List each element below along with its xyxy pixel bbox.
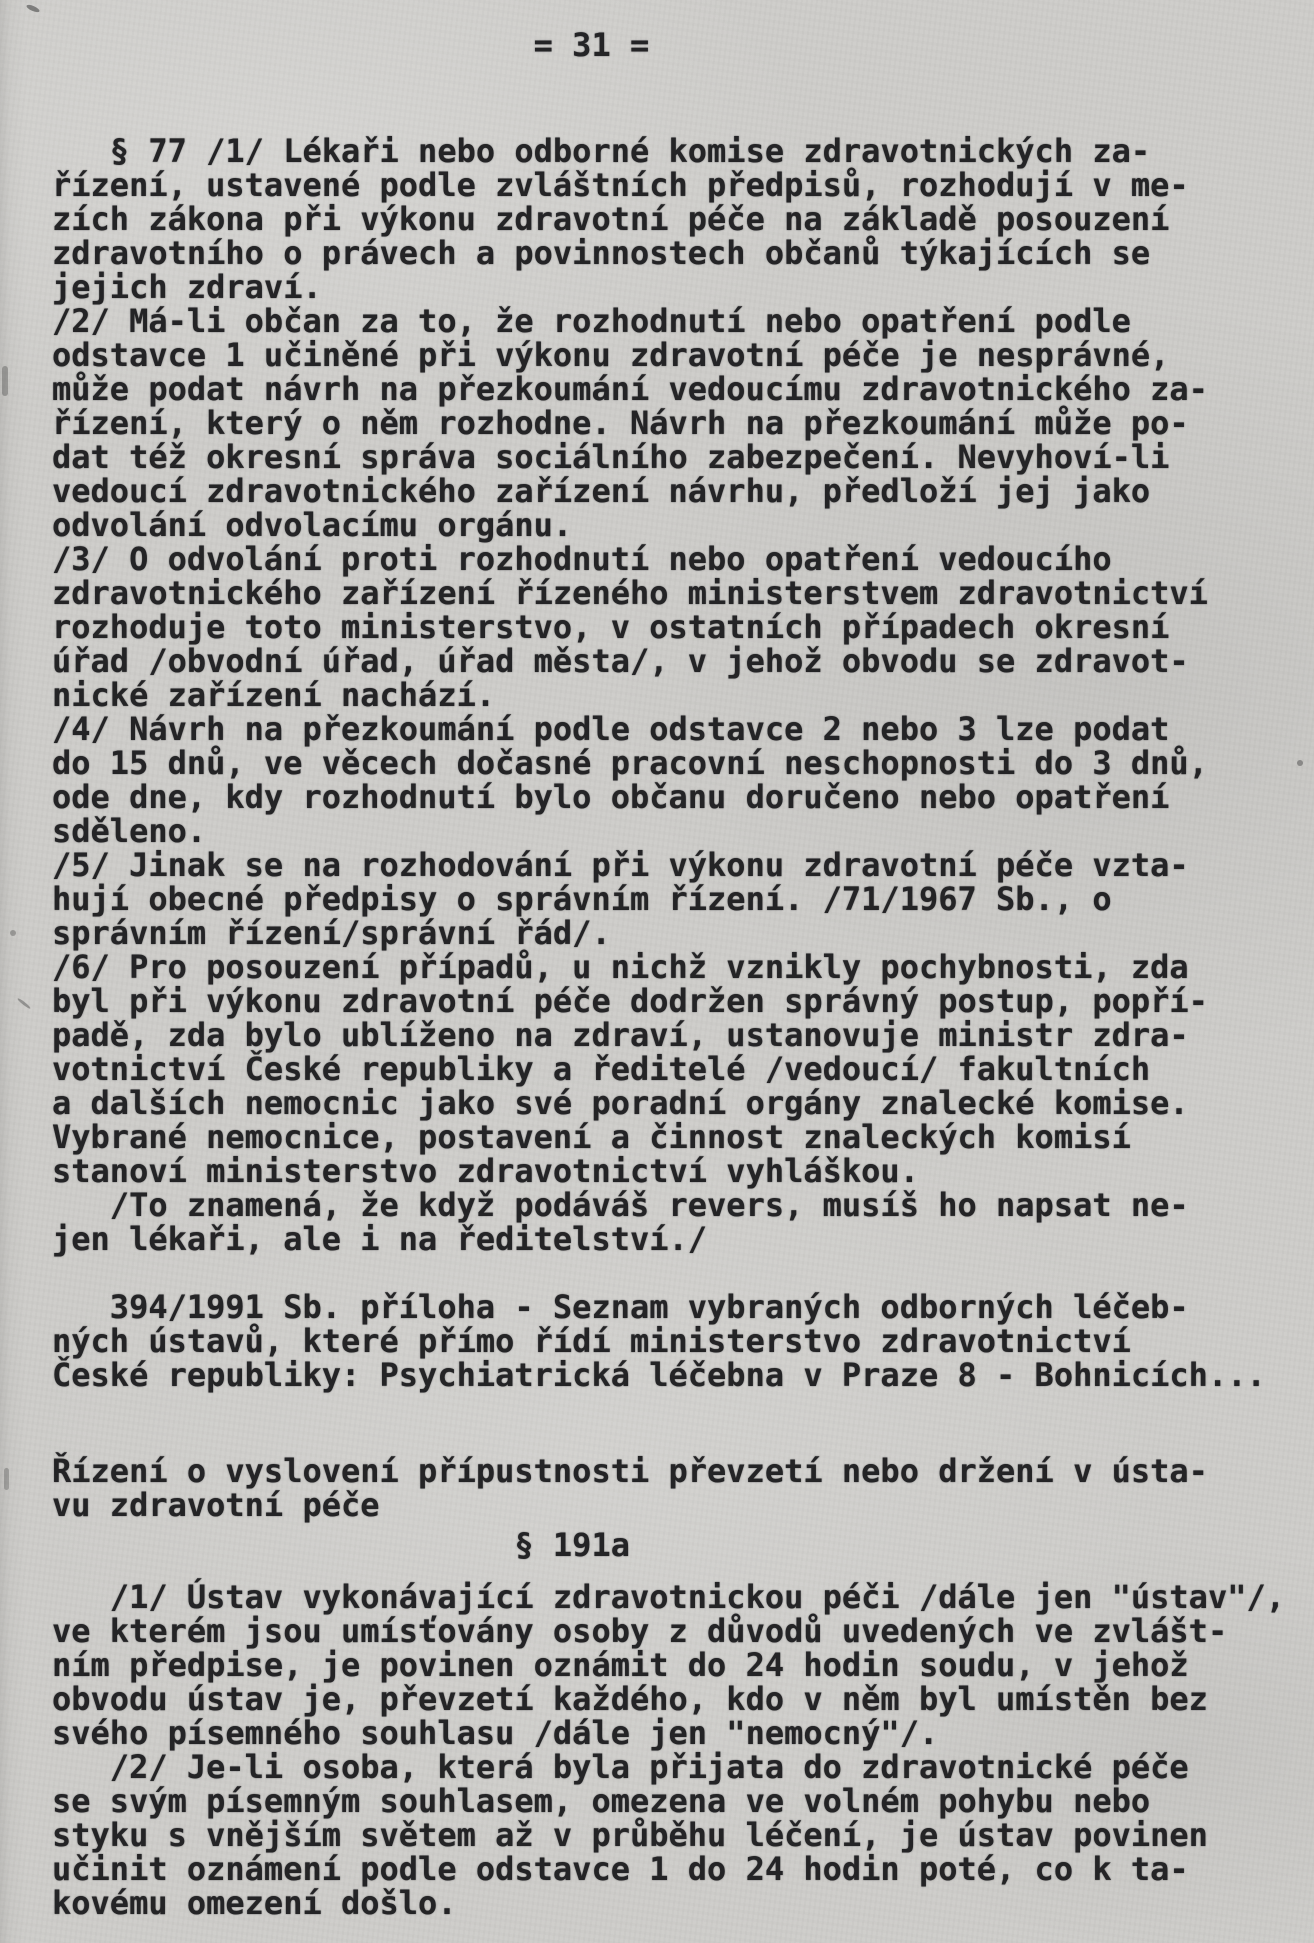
scan-speck — [26, 3, 41, 13]
section-77-paragraph: § 77 /1/ Lékaři nebo odborné komise zdra… — [52, 134, 1306, 1256]
document-body: = 31 = § 77 /1/ Lékaři nebo odborné komi… — [0, 28, 1314, 1920]
section-191a-heading: § 191a — [52, 1528, 1306, 1562]
document-page: = 31 = § 77 /1/ Lékaři nebo odborné komi… — [0, 0, 1314, 1943]
page-number: = 31 = — [52, 28, 1306, 62]
proceedings-heading: Řízení o vyslovení přípustnosti převzetí… — [52, 1454, 1306, 1522]
section-191a-paragraph: /1/ Ústav vykonávající zdravotnickou péč… — [52, 1580, 1306, 1920]
appendix-394-paragraph: 394/1991 Sb. příloha - Seznam vybraných … — [52, 1290, 1306, 1392]
